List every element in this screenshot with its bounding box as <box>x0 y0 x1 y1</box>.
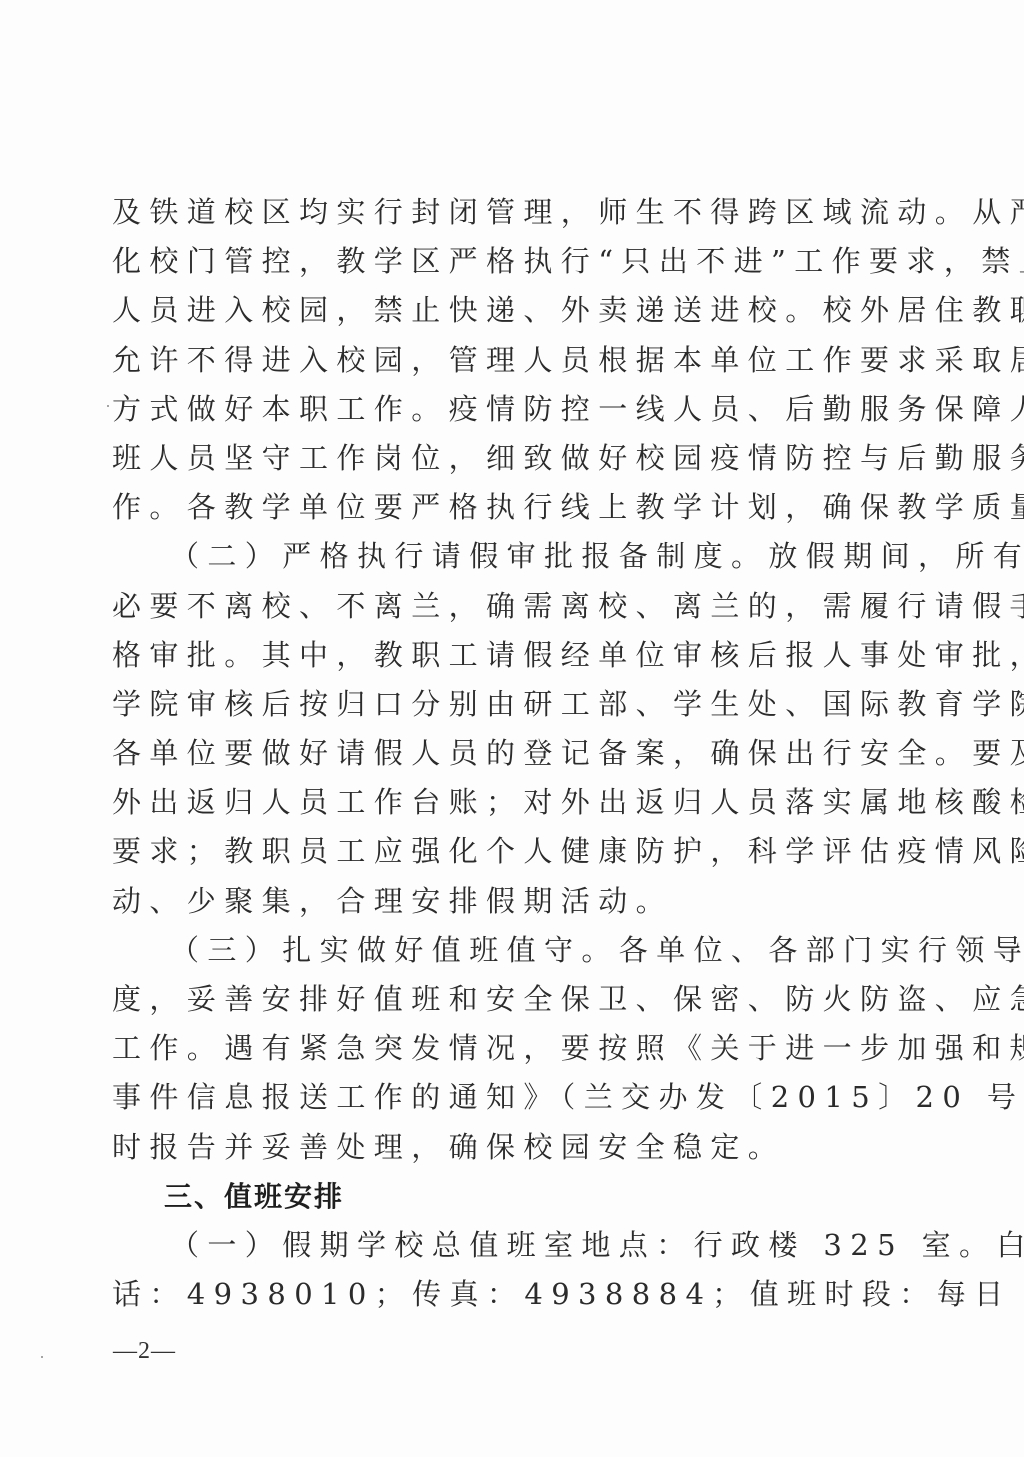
paragraph-line-contact: 话：4938010；传真：4938884；值班时段：每日 9:00—19:00。 <box>112 1270 902 1319</box>
paragraph-line: 时报告并妥善处理，确保校园安全稳定。 <box>112 1123 902 1172</box>
section-heading: 三、值班安排 <box>112 1172 902 1221</box>
paragraph-line: 动、少聚集，合理安排假期活动。 <box>112 877 902 926</box>
paragraph-line-duty: （三）扎实做好值班值守。各单位、各部门实行领导带班制 <box>112 926 902 975</box>
paragraph-line: 方式做好本职工作。疫情防控一线人员、后勤服务保障人员、值 <box>112 385 902 434</box>
paragraph-line: 作。各教学单位要严格执行线上教学计划，确保教学质量。 <box>112 483 902 532</box>
paragraph-line: 度，妥善安排好值班和安全保卫、保密、防火防盗、应急管理等 <box>112 975 902 1024</box>
scan-artifact-dot <box>41 1356 43 1358</box>
paragraph-line: 事件信息报送工作的通知》（兰交办发〔2015〕20 号）要求，及 <box>112 1073 902 1122</box>
paragraph-line-leave-approval: （二）严格执行请假审批报备制度。放假期间，所有师生非 <box>112 532 902 581</box>
paragraph-line: 及铁道校区均实行封闭管理，师生不得跨区域流动。从严从紧强 <box>112 188 902 237</box>
scan-artifact-dot <box>107 405 109 407</box>
document-page: 及铁道校区均实行封闭管理，师生不得跨区域流动。从严从紧强 化校门管控，教学区严格… <box>0 0 1024 1457</box>
paragraph-line: 班人员坚守工作岗位，细致做好校园疫情防控与后勤服务保障工 <box>112 434 902 483</box>
paragraph-line: 各单位要做好请假人员的登记备案，确保出行安全。要及时更新 <box>112 729 902 778</box>
document-body: 及铁道校区均实行封闭管理，师生不得跨区域流动。从严从紧强 化校门管控，教学区严格… <box>112 188 902 1319</box>
paragraph-line: 工作。遇有紧急突发情况，要按照《关于进一步加强和规范突发 <box>112 1024 902 1073</box>
paragraph-line: 学院审核后按归口分别由研工部、学生处、国际教育学院审批。 <box>112 680 902 729</box>
paragraph-line: 要求；教职员工应强化个人健康防护，科学评估疫情风险，少流 <box>112 827 902 876</box>
paragraph-line: 格审批。其中，教职工请假经单位审核后报人事处审批，学生经 <box>112 631 902 680</box>
paragraph-line: 化校门管控，教学区严格执行“只出不进”工作要求，禁止外来 <box>112 237 902 286</box>
paragraph-line: 必要不离校、不离兰，确需离校、离兰的，需履行请假手续，严 <box>112 582 902 631</box>
paragraph-line: 外出返归人员工作台账；对外出返归人员落实属地核酸检测处置 <box>112 778 902 827</box>
paragraph-line: 允许不得进入校园，管理人员根据本单位工作要求采取居家办公 <box>112 336 902 385</box>
page-number: —2— <box>113 1338 176 1365</box>
paragraph-line: 人员进入校园，禁止快递、外卖递送进校。校外居住教职工未经 <box>112 286 902 335</box>
paragraph-line-duty-office: （一）假期学校总值班室地点：行政楼 325 室。白天值班电 <box>112 1221 902 1270</box>
